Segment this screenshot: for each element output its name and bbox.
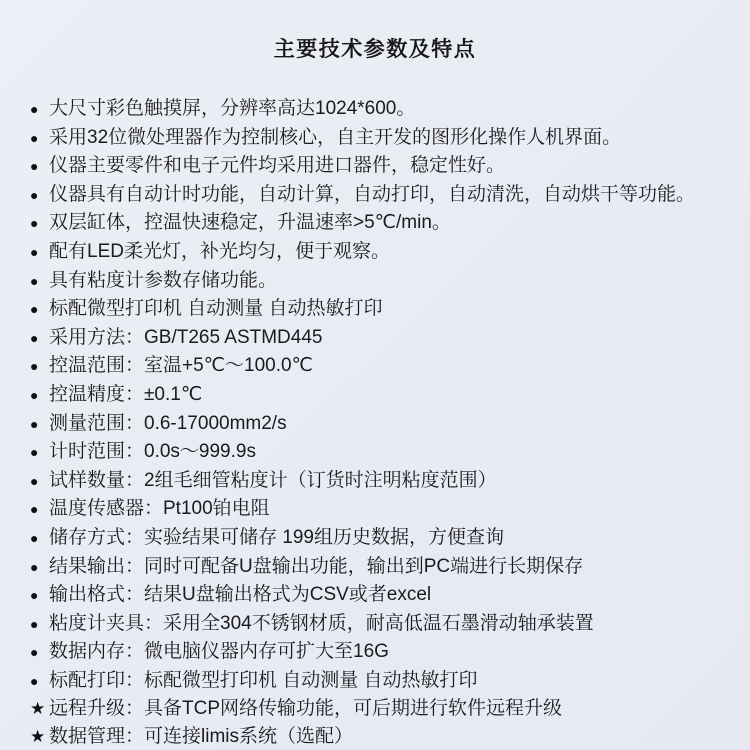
list-item: ●温度传感器：Pt100铂电阻 bbox=[30, 495, 740, 524]
bullet-icon: ● bbox=[30, 411, 49, 439]
list-item: ●控温范围：室温+5℃～100.0℃ bbox=[30, 352, 740, 381]
bullet-icon: ● bbox=[30, 382, 49, 410]
list-item-text: 温度传感器：Pt100铂电阻 bbox=[49, 495, 270, 523]
list-item: ★数据管理：可连接limis系统（选配） bbox=[30, 723, 740, 750]
list-item-text: 测量范围：0.6-17000mm2/s bbox=[49, 410, 287, 438]
list-item: ●标配打印：标配微型打印机 自动测量 自动热敏打印 bbox=[30, 667, 740, 696]
list-item-text: 试样数量：2组毛细管粘度计（订货时注明粘度范围） bbox=[49, 467, 497, 495]
list-item: ●大尺寸彩色触摸屏，分辨率高达1024*600。 bbox=[30, 95, 740, 124]
list-item-text: 采用32位微处理器作为控制核心，自主开发的图形化操作人机界面。 bbox=[49, 124, 621, 152]
list-item: ★远程升级：具备TCP网络传输功能，可后期进行软件远程升级 bbox=[30, 695, 740, 723]
bullet-icon: ● bbox=[30, 468, 49, 496]
bullet-icon: ● bbox=[30, 182, 49, 210]
page-title: 主要技术参数及特点 bbox=[30, 33, 720, 63]
bullet-icon: ● bbox=[30, 353, 49, 381]
list-item-text: 数据管理：可连接limis系统（选配） bbox=[49, 723, 353, 750]
list-item: ●结果输出：同时可配备U盘输出功能，输出到PC端进行长期保存 bbox=[30, 553, 740, 582]
list-item-text: 计时范围：0.0s～999.9s bbox=[49, 438, 256, 466]
bullet-icon: ● bbox=[30, 239, 49, 267]
bullet-icon: ● bbox=[30, 153, 49, 181]
list-item-text: 控温范围：室温+5℃～100.0℃ bbox=[49, 352, 313, 380]
bullet-icon: ● bbox=[30, 325, 49, 353]
list-item-text: 储存方式：实验结果可储存 199组历史数据，方便查询 bbox=[49, 524, 504, 552]
list-item: ●粘度计夹具：采用全304不锈钢材质，耐高低温石墨滑动轴承装置 bbox=[30, 610, 740, 639]
list-item-text: 仪器主要零件和电子元件均采用进口器件，稳定性好。 bbox=[49, 152, 505, 180]
bullet-icon: ● bbox=[30, 296, 49, 324]
bullet-icon: ● bbox=[30, 210, 49, 238]
list-item-text: 数据内存：微电脑仪器内存可扩大至16G bbox=[49, 638, 389, 666]
spec-sheet-page: 主要技术参数及特点 ●大尺寸彩色触摸屏，分辨率高达1024*600。●采用32位… bbox=[0, 0, 750, 750]
list-item: ●测量范围：0.6-17000mm2/s bbox=[30, 410, 740, 439]
list-item: ●储存方式：实验结果可储存 199组历史数据，方便查询 bbox=[30, 524, 740, 553]
bullet-icon: ● bbox=[30, 439, 49, 467]
bullet-icon: ● bbox=[30, 96, 49, 124]
list-item-text: 采用方法：GB/T265 ASTMD445 bbox=[49, 324, 322, 352]
list-item: ●标配微型打印机 自动测量 自动热敏打印 bbox=[30, 295, 740, 324]
star-icon: ★ bbox=[30, 723, 49, 750]
list-item-text: 结果输出：同时可配备U盘输出功能，输出到PC端进行长期保存 bbox=[49, 553, 583, 581]
bullet-icon: ● bbox=[30, 668, 49, 696]
list-item-text: 输出格式：结果U盘输出格式为CSV或者excel bbox=[49, 581, 431, 609]
list-item-text: 控温精度：±0.1℃ bbox=[49, 381, 202, 409]
list-item: ●配有LED柔光灯，补光均匀，便于观察。 bbox=[30, 238, 740, 267]
list-item: ●输出格式：结果U盘输出格式为CSV或者excel bbox=[30, 581, 740, 610]
bullet-icon: ● bbox=[30, 496, 49, 524]
list-item: ●仪器主要零件和电子元件均采用进口器件，稳定性好。 bbox=[30, 152, 740, 181]
bullet-icon: ● bbox=[30, 639, 49, 667]
bullet-icon: ● bbox=[30, 525, 49, 553]
list-item-text: 具有粘度计参数存储功能。 bbox=[49, 267, 277, 295]
bullet-icon: ● bbox=[30, 268, 49, 296]
list-item: ●具有粘度计参数存储功能。 bbox=[30, 267, 740, 296]
spec-list: ●大尺寸彩色触摸屏，分辨率高达1024*600。●采用32位微处理器作为控制核心… bbox=[30, 95, 740, 750]
list-item-text: 标配微型打印机 自动测量 自动热敏打印 bbox=[49, 295, 383, 323]
bullet-icon: ● bbox=[30, 582, 49, 610]
list-item: ●控温精度：±0.1℃ bbox=[30, 381, 740, 410]
list-item: ●采用32位微处理器作为控制核心，自主开发的图形化操作人机界面。 bbox=[30, 124, 740, 153]
list-item: ●试样数量：2组毛细管粘度计（订货时注明粘度范围） bbox=[30, 467, 740, 496]
list-item: ●数据内存：微电脑仪器内存可扩大至16G bbox=[30, 638, 740, 667]
bullet-icon: ● bbox=[30, 554, 49, 582]
list-item: ●双层缸体，控温快速稳定，升温速率>5℃/min。 bbox=[30, 209, 740, 238]
list-item: ●仪器具有自动计时功能，自动计算，自动打印，自动清洗，自动烘干等功能。 bbox=[30, 181, 740, 210]
bullet-icon: ● bbox=[30, 125, 49, 153]
list-item-text: 双层缸体，控温快速稳定，升温速率>5℃/min。 bbox=[49, 209, 451, 237]
list-item: ●采用方法：GB/T265 ASTMD445 bbox=[30, 324, 740, 353]
list-item-text: 粘度计夹具：采用全304不锈钢材质，耐高低温石墨滑动轴承装置 bbox=[49, 610, 594, 638]
list-item-text: 标配打印：标配微型打印机 自动测量 自动热敏打印 bbox=[49, 667, 478, 695]
list-item-text: 远程升级：具备TCP网络传输功能，可后期进行软件远程升级 bbox=[49, 695, 562, 723]
bullet-icon: ● bbox=[30, 611, 49, 639]
list-item-text: 仪器具有自动计时功能，自动计算，自动打印，自动清洗，自动烘干等功能。 bbox=[49, 181, 695, 209]
list-item-text: 大尺寸彩色触摸屏，分辨率高达1024*600。 bbox=[49, 95, 415, 123]
star-icon: ★ bbox=[30, 695, 49, 723]
list-item: ●计时范围：0.0s～999.9s bbox=[30, 438, 740, 467]
list-item-text: 配有LED柔光灯，补光均匀，便于观察。 bbox=[49, 238, 390, 266]
